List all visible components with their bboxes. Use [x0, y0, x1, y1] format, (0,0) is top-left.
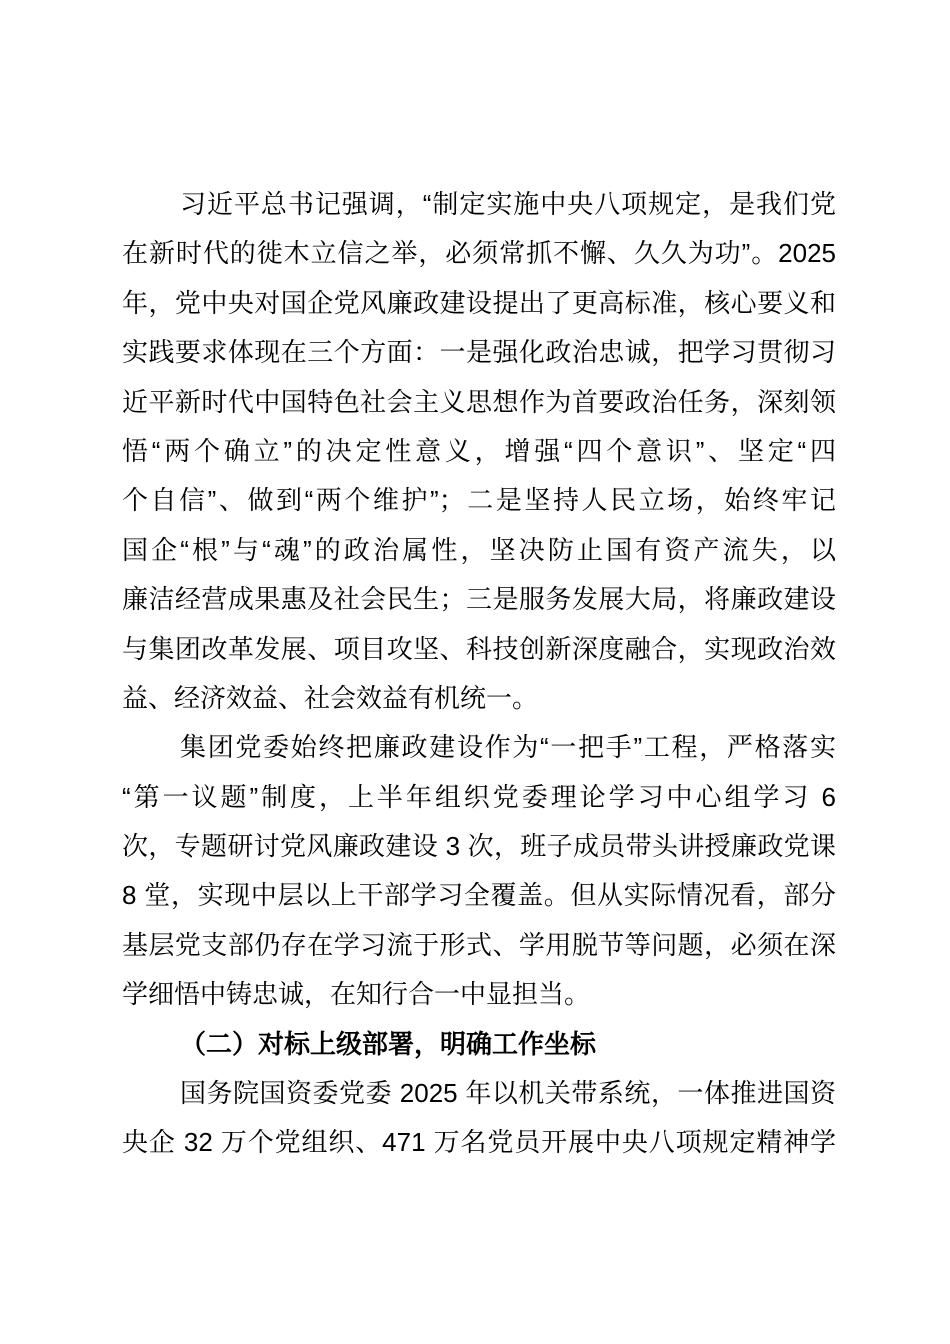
body-text-line: 悟“两个确立”的决定性意义，增强“四个意识”、坚定“四 [122, 427, 836, 476]
paragraph-1: 习近平总书记强调，“制定实施中央八项规定，是我们党在新时代的徙木立信之举，必须常… [122, 180, 836, 723]
body-text-line: 央企 32 万个党组织、471 万名党员开展中央八项规定精神学 [122, 1118, 836, 1167]
paragraph-3: 国务院国资委党委 2025 年以机关带系统，一体推进国资央企 32 万个党组织、… [122, 1069, 836, 1168]
body-text-line: 8 堂，实现中层以上干部学习全覆盖。但从实际情况看，部分 [122, 871, 836, 920]
body-text-line: 习近平总书记强调，“制定实施中央八项规定，是我们党 [122, 180, 836, 229]
body-text-line: 与集团改革发展、项目攻坚、科技创新深度融合，实现政治效 [122, 625, 836, 674]
body-text-line: “第一议题”制度，上半年组织党委理论学习中心组学习 6 [122, 773, 836, 822]
body-text-line: 集团党委始终把廉政建设作为“一把手”工程，严格落实 [122, 723, 836, 772]
section-heading: （二）对标上级部署，明确工作坐标 [122, 1020, 836, 1069]
body-text-line: 廉洁经营成果惠及社会民生；三是服务发展大局，将廉政建设 [122, 575, 836, 624]
body-text-line: 年，党中央对国企党风廉政建设提出了更高标准，核心要义和 [122, 279, 836, 328]
body-text-line: 近平新时代中国特色社会主义思想作为首要政治任务，深刻领 [122, 378, 836, 427]
body-text-line: 国企“根”与“魂”的政治属性，坚决防止国有资产流失，以 [122, 526, 836, 575]
document-content: 习近平总书记强调，“制定实施中央八项规定，是我们党在新时代的徙木立信之举，必须常… [0, 0, 950, 1168]
heading-text-line: （二）对标上级部署，明确工作坐标 [122, 1020, 836, 1069]
body-text-line: 益、经济效益、社会效益有机统一。 [122, 674, 836, 723]
body-text-line: 基层党支部仍存在学习流于形式、学用脱节等问题，必须在深 [122, 921, 836, 970]
body-text-line: 国务院国资委党委 2025 年以机关带系统，一体推进国资 [122, 1069, 836, 1118]
body-text-line: 次，专题研讨党风廉政建设 3 次，班子成员带头讲授廉政党课 [122, 822, 836, 871]
body-text-line: 在新时代的徙木立信之举，必须常抓不懈、久久为功”。2025 [122, 229, 836, 278]
body-text-line: 实践要求体现在三个方面：一是强化政治忠诚，把学习贯彻习 [122, 328, 836, 377]
body-text-line: 个自信”、做到“两个维护”；二是坚持人民立场，始终牢记 [122, 476, 836, 525]
document-page: 习近平总书记强调，“制定实施中央八项规定，是我们党在新时代的徙木立信之举，必须常… [0, 0, 950, 1344]
paragraph-2: 集团党委始终把廉政建设作为“一把手”工程，严格落实“第一议题”制度，上半年组织党… [122, 723, 836, 1019]
body-text-line: 学细悟中铸忠诚，在知行合一中显担当。 [122, 970, 836, 1019]
